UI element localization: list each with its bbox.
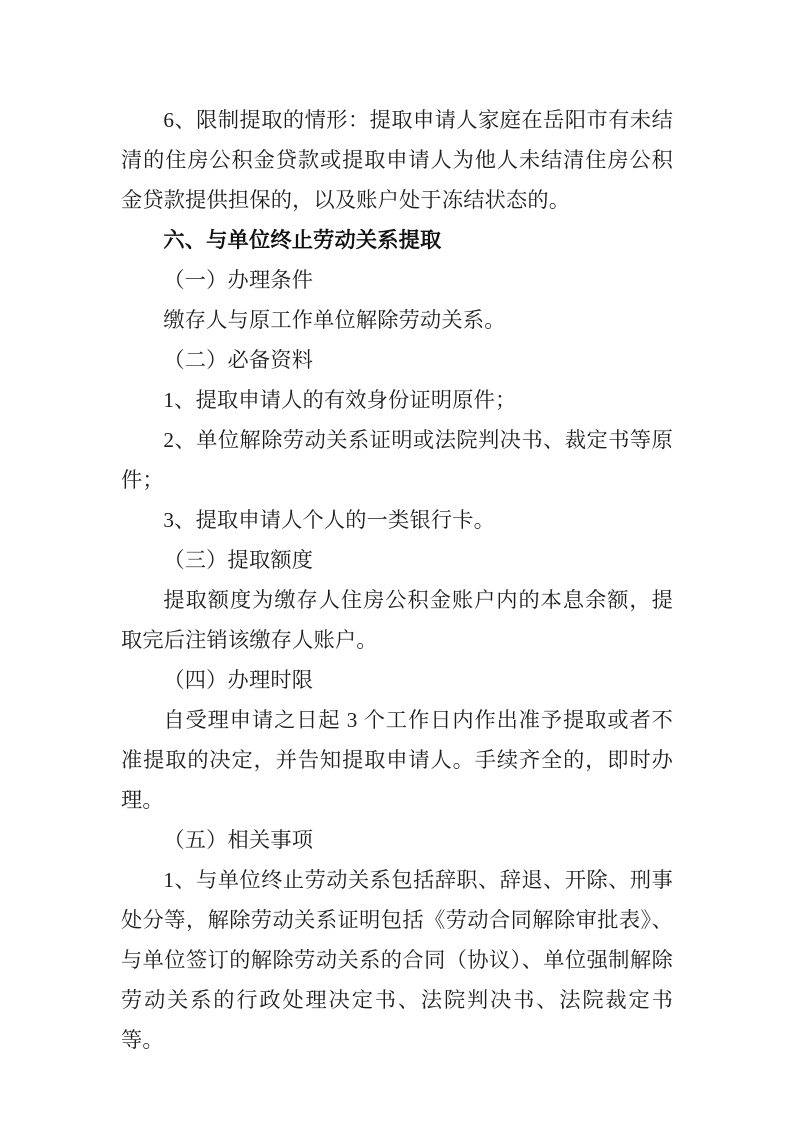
subheading-processing-time: （四）办理时限 xyxy=(121,660,673,700)
list-item-bank-card: 3、提取申请人个人的一类银行卡。 xyxy=(121,500,673,540)
list-item-identity-proof: 1、提取申请人的有效身份证明原件； xyxy=(121,380,673,420)
document-page: 6、限制提取的情形：提取申请人家庭在岳阳市有未结清的住房公积金贷款或提取申请人为… xyxy=(0,0,794,1122)
paragraph-restriction-cases: 6、限制提取的情形：提取申请人家庭在岳阳市有未结清的住房公积金贷款或提取申请人为… xyxy=(121,100,673,220)
paragraph-processing-time: 自受理申请之日起 3 个工作日内作出准予提取或者不准提取的决定，并告知提取申请人… xyxy=(121,700,673,820)
list-item-termination-proof: 2、单位解除劳动关系证明或法院判决书、裁定书等原件； xyxy=(121,420,673,500)
paragraph-handling-conditions: 缴存人与原工作单位解除劳动关系。 xyxy=(121,300,673,340)
subheading-withdrawal-amount: （三）提取额度 xyxy=(121,540,673,580)
subheading-related-matters: （五）相关事项 xyxy=(121,820,673,860)
subheading-required-materials: （二）必备资料 xyxy=(121,340,673,380)
paragraph-withdrawal-amount: 提取额度为缴存人住房公积金账户内的本息余额，提取完后注销该缴存人账户。 xyxy=(121,580,673,660)
document-body: 6、限制提取的情形：提取申请人家庭在岳阳市有未结清的住房公积金贷款或提取申请人为… xyxy=(121,100,673,1060)
subheading-handling-conditions: （一）办理条件 xyxy=(121,260,673,300)
section-heading-termination-withdrawal: 六、与单位终止劳动关系提取 xyxy=(121,220,673,260)
paragraph-related-matters: 1、与单位终止劳动关系包括辞职、辞退、开除、刑事处分等，解除劳动关系证明包括《劳… xyxy=(121,860,673,1060)
